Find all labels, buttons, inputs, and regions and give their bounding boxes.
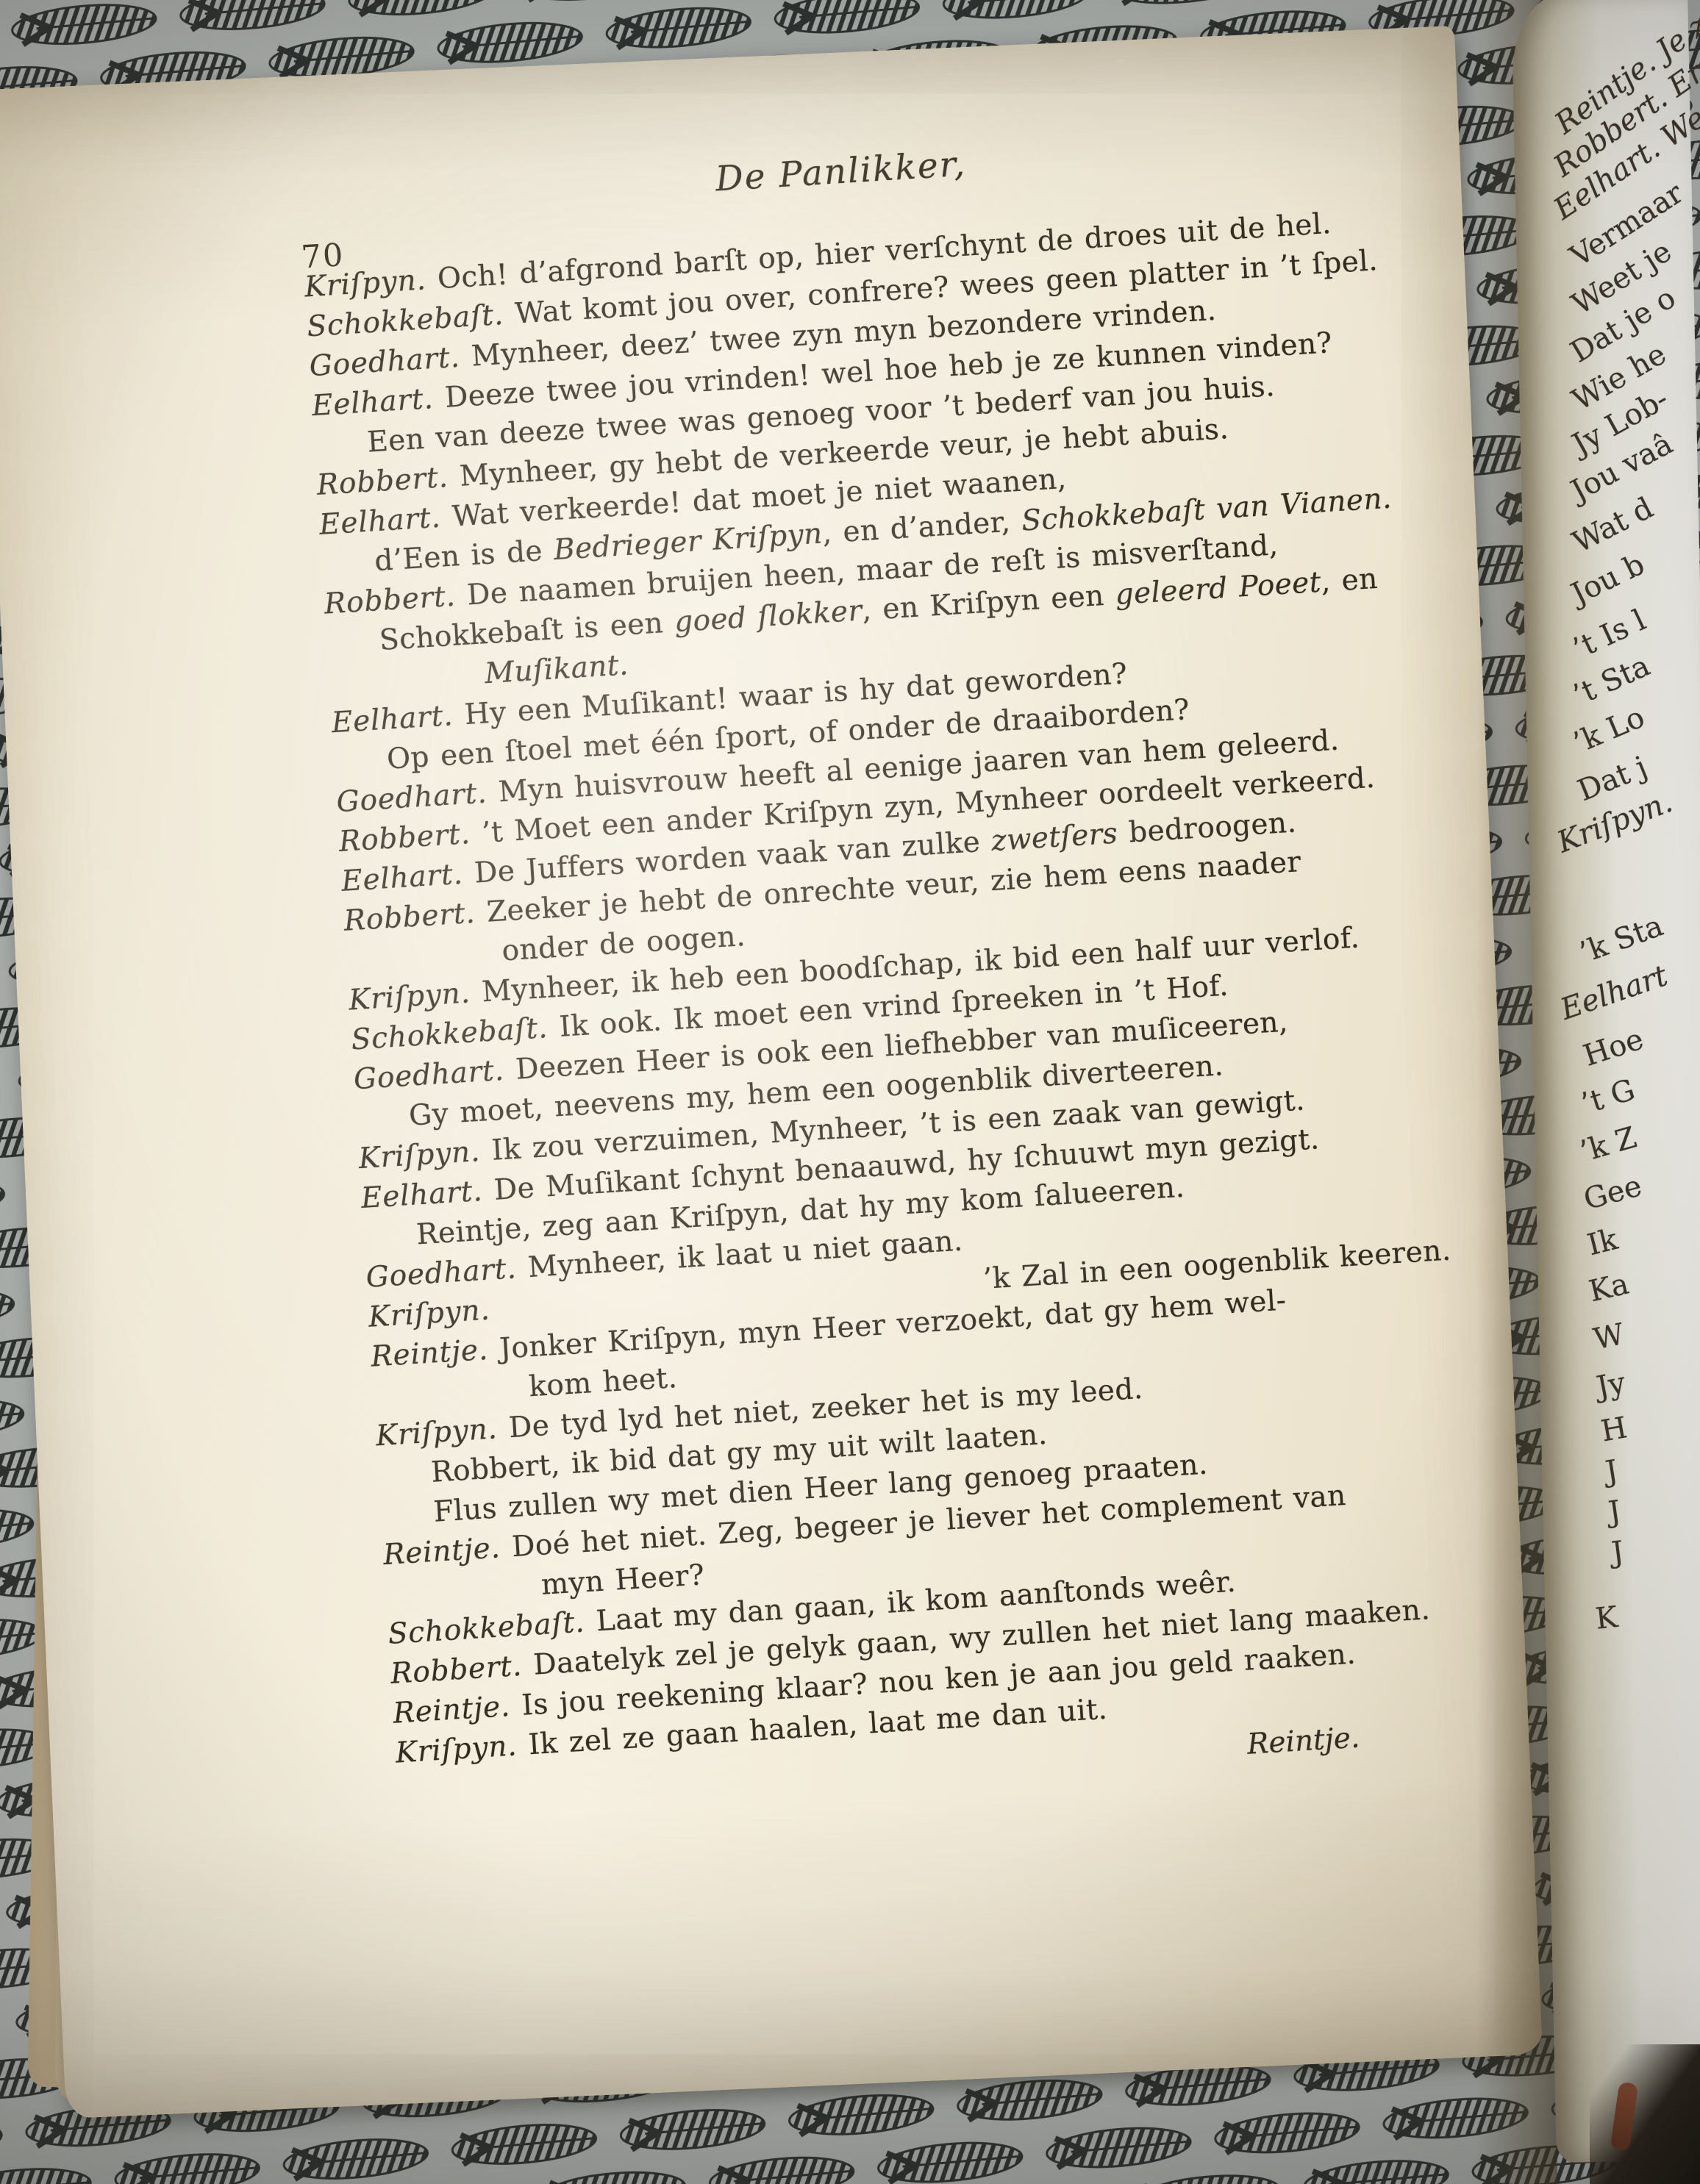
speaker-name: Goedhart. [309,340,473,384]
page-number: 70 [300,237,346,276]
speaker-name: Robbert. [338,817,483,859]
speaker-name: Eelhart. [340,857,476,898]
photograph-of-book-page: { "page": { "header_title": "De Panlikke… [0,0,1700,2184]
speaker-name: Reintje. [392,1689,523,1730]
speaker-name: Kriſpyn. [348,975,483,1017]
speaker-name: Robbert. [316,460,461,502]
speaker-name: Kriſpyn. [375,1411,510,1453]
dialogue-text: d’Een is de [374,534,554,578]
dialogue-lines: Kriſpyn. Och! d’afgrond barſt op, hier v… [304,201,1479,1773]
dialogue-text: kom heet. [528,1361,678,1403]
speaker-name: Goedhart. [335,776,499,819]
dialogue-text: , en [1320,562,1379,599]
dialogue-text: myn Heer? [540,1558,706,1602]
speaker-name: Reintje. [382,1530,513,1572]
speaker-name: Eelhart. [318,501,454,542]
italic-text: goed ſlokker [674,594,863,639]
speaker-name: Goedhart. [365,1251,529,1295]
speaker-name: Goedhart. [353,1053,517,1097]
italic-text: Muſikant. [484,648,629,690]
speaker-name: Kriſpyn. [357,1134,493,1175]
speaker-name: Robbert. [324,579,468,621]
binding-leather-sliver [1610,2082,1639,2152]
running-header-title: De Panlikker, [299,118,1384,225]
speaker-name: Robbert. [390,1649,535,1691]
printed-text-block: De Panlikker, 70 Kriſpyn. Och! d’afgrond… [299,118,1482,1814]
book-page: De Panlikker, 70 Kriſpyn. Och! d’afgrond… [0,26,1543,2119]
italic-text: zwetſers [990,817,1119,858]
binding-corner-shadow [1590,2044,1700,2184]
dialogue-text: bedroogen. [1117,806,1298,850]
speaker-name: Eelhart. [360,1174,496,1215]
speaker-name: Kriſpyn. [395,1728,530,1769]
speaker-name: Reintje. [370,1333,501,1374]
speaker-name: Eelhart. [331,698,466,740]
speaker-name: Robbert. [343,896,488,938]
speaker-name: Eelhart. [311,382,446,423]
